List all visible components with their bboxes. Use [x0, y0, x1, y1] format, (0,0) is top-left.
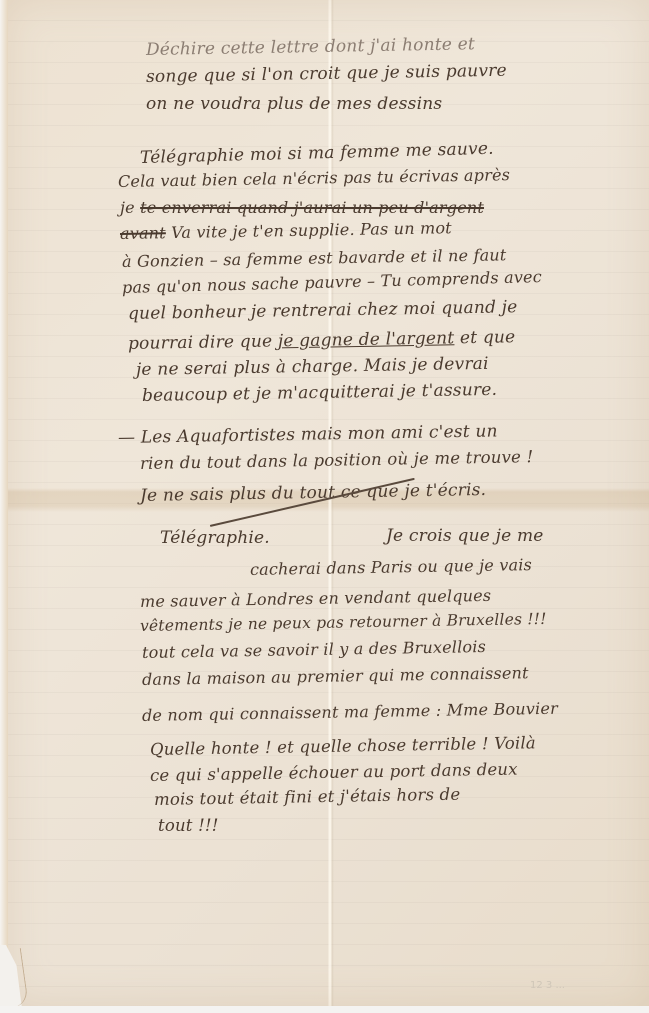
paper-left-edge — [0, 0, 8, 1006]
letter-word: je — [120, 198, 140, 217]
scan-bottom-margin — [0, 1006, 649, 1013]
underlined-text: je gagne de l'argent — [278, 328, 455, 351]
letter-line: Je crois que je me — [386, 526, 544, 546]
letter-line: Télégraphie. — [160, 528, 270, 548]
letter-word: et que — [454, 327, 515, 348]
letter-line: tout !!! — [158, 816, 219, 835]
struck-text: te enverrai quand j'aurai un peu d'argen… — [140, 198, 484, 217]
letter-word: pourrai dire que — [128, 331, 278, 354]
struck-text: avant — [120, 223, 166, 243]
letter-line: on ne voudra plus de mes dessins — [146, 94, 442, 114]
archive-pencil-mark: 12 3 ... — [530, 980, 565, 991]
scanned-letter-page: Déchire cette lettre dont j'ai honte et … — [0, 0, 649, 1013]
letter-line-with-strikethrough: je te enverrai quand j'aurai un peu d'ar… — [120, 198, 484, 217]
